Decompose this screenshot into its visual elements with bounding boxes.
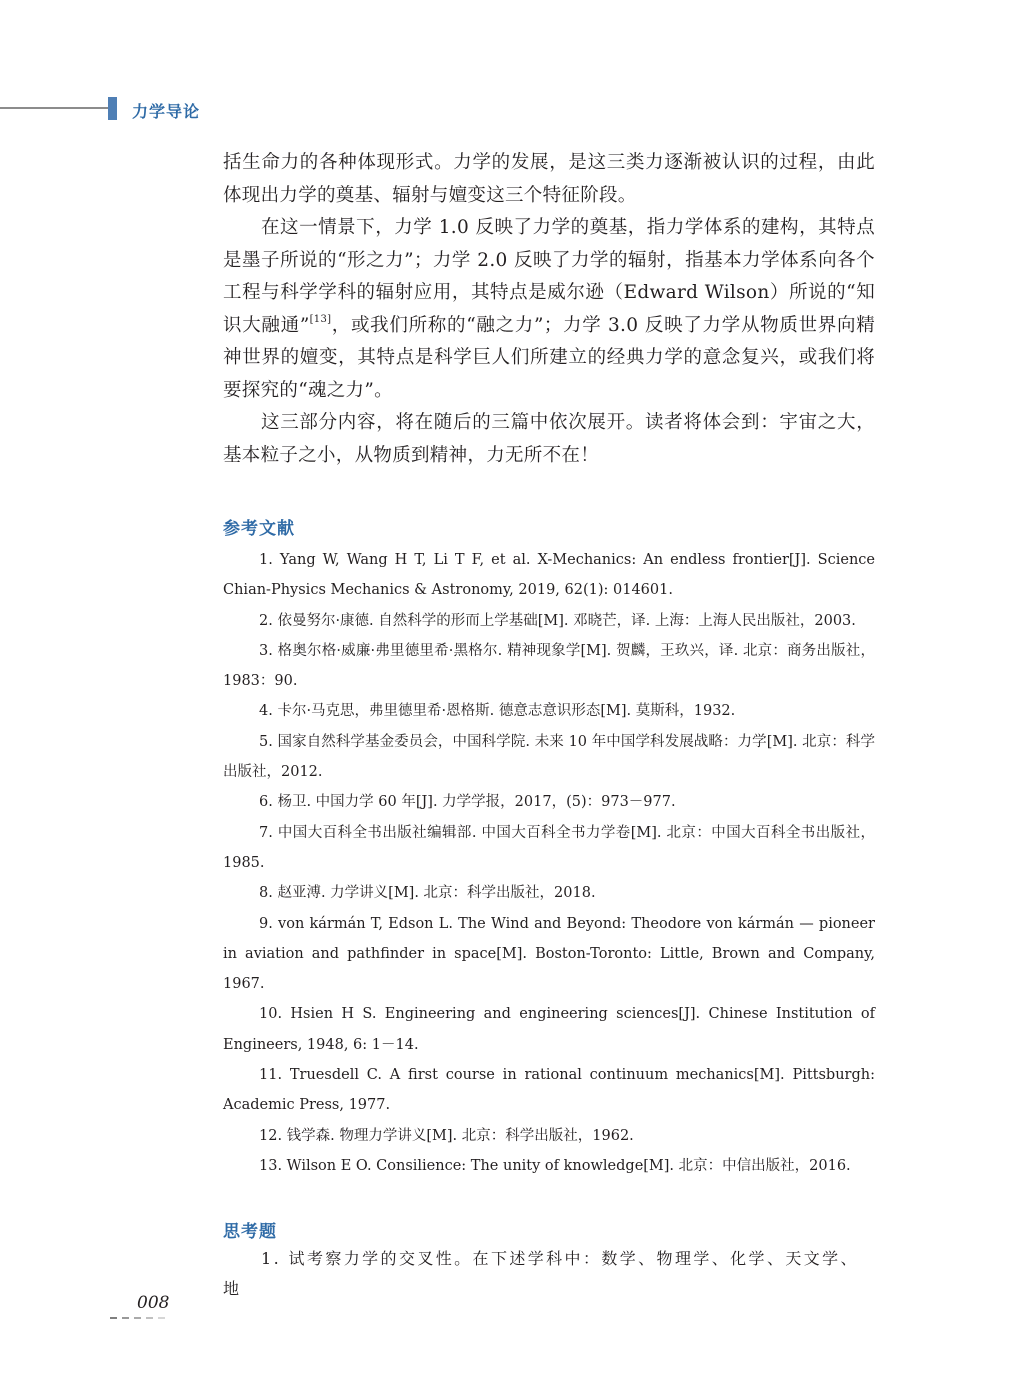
header-rule bbox=[0, 107, 110, 109]
reference-item: 2. 依曼努尔·康德. 自然科学的形而上学基础[M]. 邓晓芒，译. 上海：上海… bbox=[223, 606, 875, 636]
reference-item: 12. 钱学森. 物理力学讲义[M]. 北京：科学出版社，1962. bbox=[223, 1121, 875, 1151]
paragraph-text: ，或我们所称的“融之力”；力学 3.0 反映了力学从物质世界向精神世界的嬗变，其… bbox=[223, 315, 875, 401]
reference-item: 10. Hsien H S. Engineering and engineeri… bbox=[223, 999, 875, 1060]
reference-item: 11. Truesdell C. A first course in ratio… bbox=[223, 1060, 875, 1121]
dash bbox=[158, 1317, 165, 1319]
references-heading: 参考文献 bbox=[223, 514, 875, 539]
reference-item: 5. 国家自然科学基金委员会，中国科学院. 未来 10 年中国学科发展战略：力学… bbox=[223, 727, 875, 788]
reference-item: 6. 杨卫. 中国力学 60 年[J]. 力学学报，2017，(5)：973－9… bbox=[223, 787, 875, 817]
dash bbox=[110, 1317, 117, 1319]
citation-link-13[interactable]: [13] bbox=[310, 314, 332, 325]
page-content: 括生命力的各种体现形式。力学的发展，是这三类力逐渐被认识的过程，由此体现出力学的… bbox=[223, 147, 875, 1304]
header-accent-block bbox=[108, 97, 117, 120]
reference-item: 13. Wilson E O. Consilience: The unity o… bbox=[223, 1151, 875, 1181]
question-item: 1. 试考察力学的交叉性。在下述学科中：数学、物理学、化学、天文学、地 bbox=[223, 1244, 875, 1304]
running-title: 力学导论 bbox=[132, 99, 200, 122]
reference-item: 7. 中国大百科全书出版社编辑部. 中国大百科全书力学卷[M]. 北京：中国大百… bbox=[223, 818, 875, 879]
reference-item: 8. 赵亚溥. 力学讲义[M]. 北京：科学出版社，2018. bbox=[223, 878, 875, 908]
dash bbox=[134, 1317, 141, 1319]
body-paragraph-2: 在这一情景下，力学 1.0 反映了力学的奠基，指力学体系的建构，其特点是墨子所说… bbox=[223, 212, 875, 407]
questions-heading: 思考题 bbox=[223, 1217, 875, 1242]
dash bbox=[146, 1317, 153, 1319]
reference-item: 4. 卡尔·马克思，弗里德里希·恩格斯. 德意志意识形态[M]. 莫斯科，193… bbox=[223, 696, 875, 726]
page-number: 008 bbox=[137, 1293, 169, 1313]
reference-item: 9. von kármán T, Edson L. The Wind and B… bbox=[223, 909, 875, 1000]
page-number-dashes bbox=[110, 1317, 165, 1319]
reference-item: 3. 格奥尔格·威廉·弗里德里希·黑格尔. 精神现象学[M]. 贺麟，王玖兴，译… bbox=[223, 636, 875, 697]
dash bbox=[122, 1317, 129, 1319]
body-paragraph-3: 这三部分内容，将在随后的三篇中依次展开。读者将体会到：宇宙之大，基本粒子之小，从… bbox=[223, 407, 875, 472]
reference-item: 1. Yang W, Wang H T, Li T F, et al. X-Me… bbox=[223, 545, 875, 606]
body-paragraph-1: 括生命力的各种体现形式。力学的发展，是这三类力逐渐被认识的过程，由此体现出力学的… bbox=[223, 147, 875, 212]
reference-list: 1. Yang W, Wang H T, Li T F, et al. X-Me… bbox=[223, 545, 875, 1181]
